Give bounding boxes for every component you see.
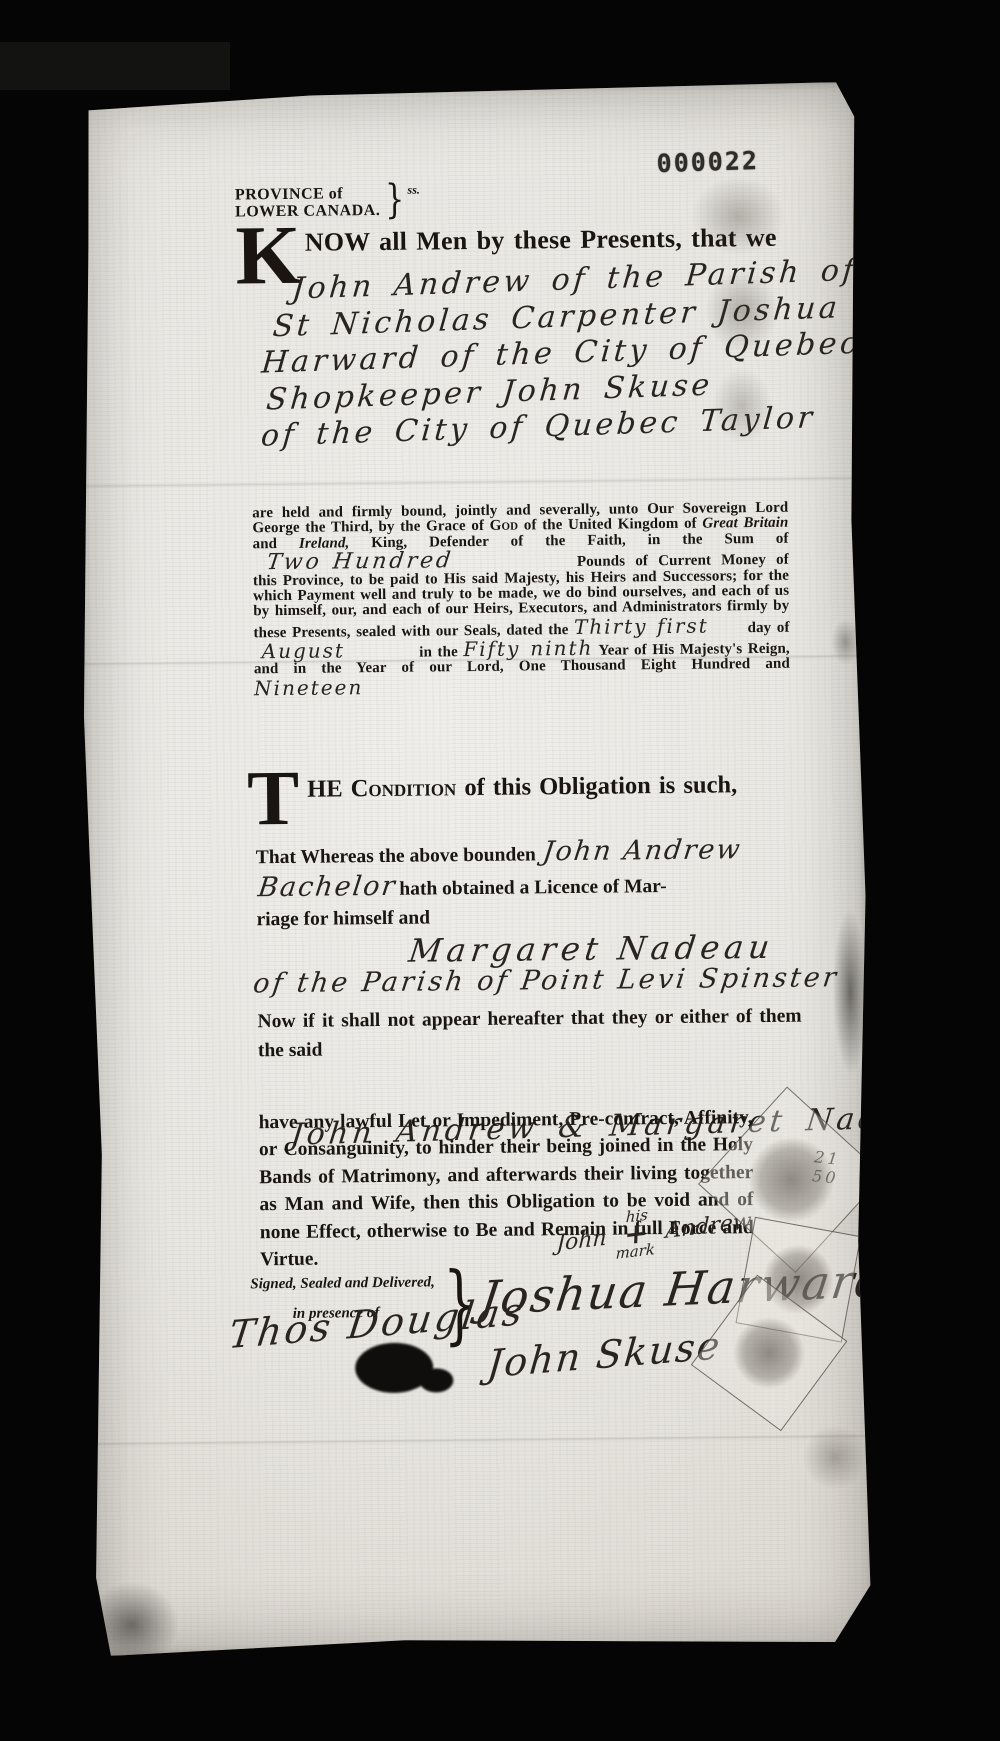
god-smallcaps: God xyxy=(490,518,519,534)
bond-sum-handwritten: Two Hundred xyxy=(251,549,568,574)
condition-paragraph: That Whereas the above bounden John Andr… xyxy=(256,835,802,1066)
groom-name-handwritten: John Andrew xyxy=(541,835,743,867)
paper: PROVINCE of LOWER CANADA. } ss. 000022 K… xyxy=(76,82,874,1656)
condition-heading-smallcaps: Condition xyxy=(351,774,457,802)
handwritten-parties: John Andrew of the Parish of St Nicholas… xyxy=(261,252,868,455)
condition-heading-pre: HE xyxy=(307,775,351,802)
now-clause: Now if it shall not appear hereafter tha… xyxy=(257,1001,802,1066)
mark-column: his + mark xyxy=(615,1208,656,1261)
condition-text: That Whereas the above bounden xyxy=(256,844,541,868)
crease-line-3 xyxy=(90,1434,872,1447)
bond-month-handwritten: August xyxy=(254,640,414,662)
stain-bottom-right xyxy=(790,1412,874,1503)
stain-right-small xyxy=(825,610,866,674)
bond-paragraph: are held and firmly bound, jointly and s… xyxy=(252,501,790,700)
mark-first-name: John xyxy=(556,1225,607,1256)
province-line-1: PROVINCE of xyxy=(235,185,380,204)
bride-parish-handwritten: of the Parish of Point Levi Spinster xyxy=(251,964,805,999)
microfilm-frame: { "page": { "background_color": "#050505… xyxy=(0,0,1000,1741)
shadow-bottom-left-corner xyxy=(76,1569,193,1656)
mark-word: mark xyxy=(615,1243,655,1261)
condition-heading: HE Condition of this Obligation is such, xyxy=(307,761,738,829)
jurat-abbrev: ss. xyxy=(407,183,420,198)
header-brace: } xyxy=(385,177,405,223)
bond-day-handwritten: Thirty first xyxy=(574,615,742,637)
bride-name-handwritten: Margaret Nadeau xyxy=(407,932,805,966)
bond-text: in the xyxy=(414,644,464,661)
condition-text: riage for himself and xyxy=(256,907,430,930)
crease-line-1 xyxy=(80,476,862,489)
condition-dropcap: T xyxy=(247,766,300,831)
condition-heading-row: T HE Condition of this Obligation is suc… xyxy=(247,760,828,830)
bond-year-handwritten: Nineteen xyxy=(254,675,363,700)
film-edge-artifact xyxy=(0,42,230,90)
condition-text: hath obtained a Licence of Mar- xyxy=(394,875,666,899)
groom-status-handwritten: Bachelor xyxy=(256,871,398,902)
condition-heading-post: of this Obligation is such, xyxy=(456,771,737,801)
bond-text: day of xyxy=(742,619,790,635)
attestation-line-1: Signed, Sealed and Delivered, xyxy=(250,1272,435,1294)
serial-number-stamp: 000022 xyxy=(656,146,759,178)
ink-blot-small xyxy=(419,1368,453,1392)
great-britain-italic: Great Britain xyxy=(702,515,788,532)
